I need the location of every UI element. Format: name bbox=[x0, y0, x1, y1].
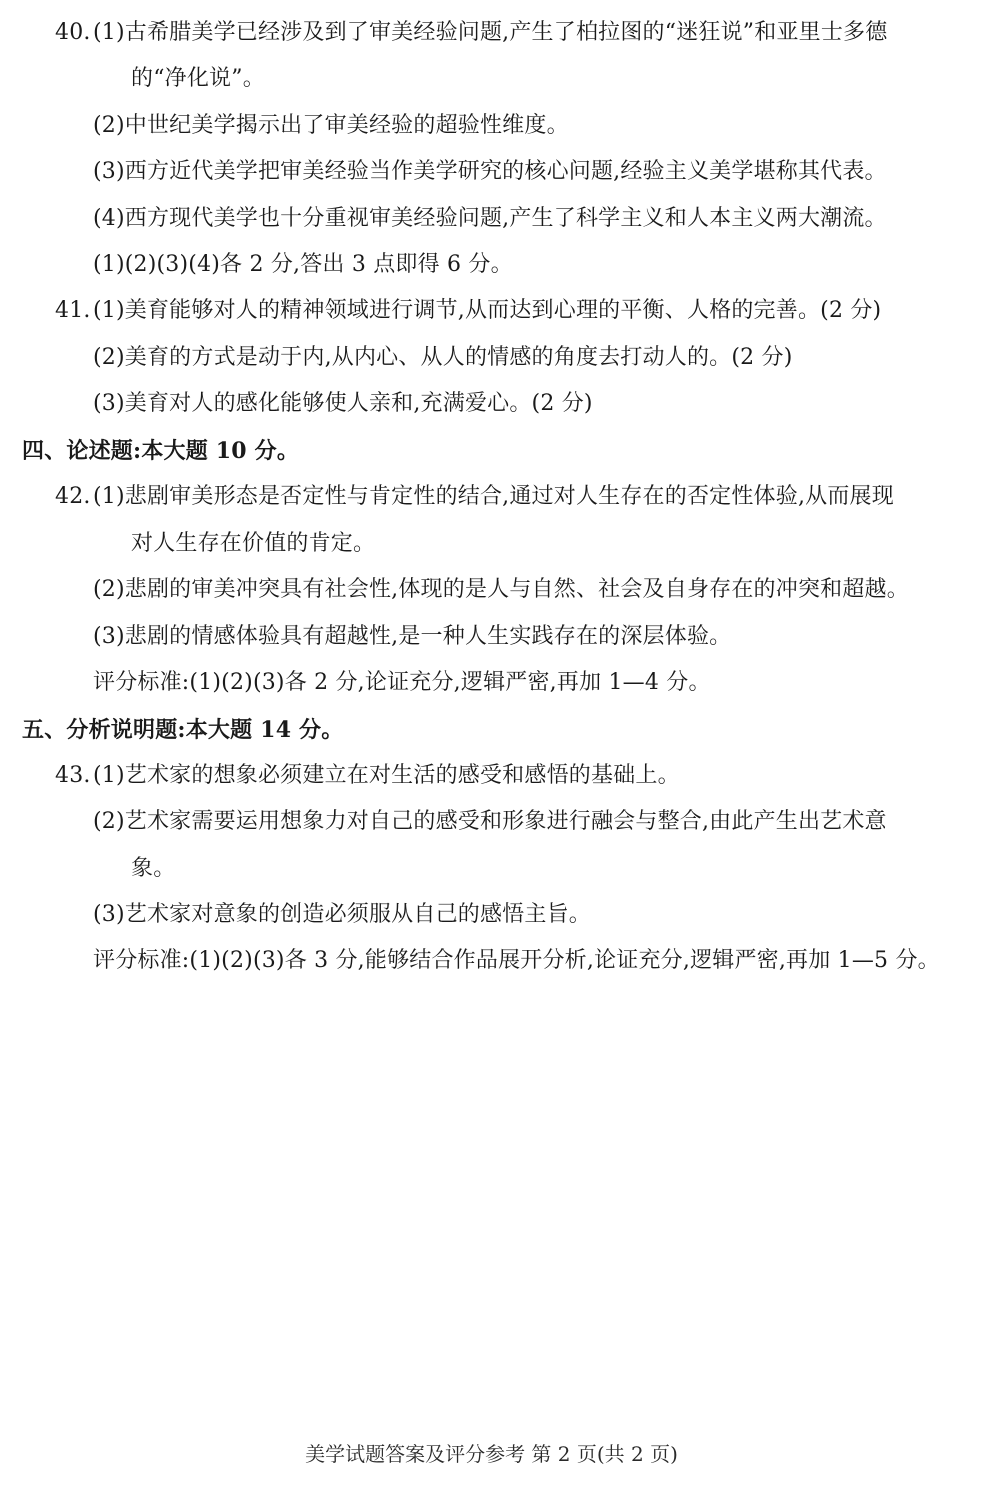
question-number: 41. bbox=[55, 296, 91, 326]
scoring-note: 评分标准:(1)(2)(3)各 2 分,论证充分,逻辑严密,再加 1—4 分。 bbox=[93, 668, 711, 698]
answer-line: (3)艺术家对意象的创造必须服从自己的感悟主旨。 bbox=[93, 900, 591, 930]
question-number: 40. bbox=[55, 18, 91, 48]
answer-line: (2)中世纪美学揭示出了审美经验的超验性维度。 bbox=[93, 111, 569, 141]
answer-line: (2)美育的方式是动于内,从内心、从人的情感的角度去打动人的。(2 分) bbox=[93, 343, 793, 373]
answer-line: (1)古希腊美学已经涉及到了审美经验问题,产生了柏拉图的“迷狂说”和亚里士多德 bbox=[93, 18, 887, 48]
answer-line: (2)悲剧的审美冲突具有社会性,体现的是人与自然、社会及自身存在的冲突和超越。 bbox=[93, 575, 909, 605]
section-heading-4: 四、论述题:本大题 10 分。 bbox=[22, 436, 299, 466]
answer-line: (3)悲剧的情感体验具有超越性,是一种人生实践存在的深层体验。 bbox=[93, 622, 731, 652]
scoring-note: 评分标准:(1)(2)(3)各 3 分,能够结合作品展开分析,论证充分,逻辑严密… bbox=[93, 946, 940, 976]
question-number: 43. bbox=[55, 761, 91, 791]
page-footer: 美学试题答案及评分参考 第 2 页(共 2 页) bbox=[0, 1440, 983, 1468]
scoring-note: (1)(2)(3)(4)各 2 分,答出 3 点即得 6 分。 bbox=[93, 250, 513, 280]
answer-line: (3)美育对人的感化能够使人亲和,充满爱心。(2 分) bbox=[93, 389, 593, 419]
answer-line: (2)艺术家需要运用想象力对自己的感受和形象进行融会与整合,由此产生出艺术意 bbox=[93, 807, 887, 837]
answer-line: (1)悲剧审美形态是否定性与肯定性的结合,通过对人生存在的否定性体验,从而展现 bbox=[93, 482, 894, 512]
answer-line: (1)艺术家的想象必须建立在对生活的感受和感悟的基础上。 bbox=[93, 761, 680, 791]
answer-line: (1)美育能够对人的精神领域进行调节,从而达到心理的平衡、人格的完善。(2 分) bbox=[93, 296, 881, 326]
answer-line: (4)西方现代美学也十分重视审美经验问题,产生了科学主义和人本主义两大潮流。 bbox=[93, 204, 887, 234]
answer-line: 对人生存在价值的肯定。 bbox=[131, 529, 375, 559]
answer-line: (3)西方近代美学把审美经验当作美学研究的核心问题,经验主义美学堪称其代表。 bbox=[93, 157, 887, 187]
answer-line: 象。 bbox=[131, 854, 175, 884]
section-heading-5: 五、分析说明题:本大题 14 分。 bbox=[22, 715, 343, 745]
answer-line: 的“净化说”。 bbox=[131, 64, 265, 94]
question-number: 42. bbox=[55, 482, 91, 512]
